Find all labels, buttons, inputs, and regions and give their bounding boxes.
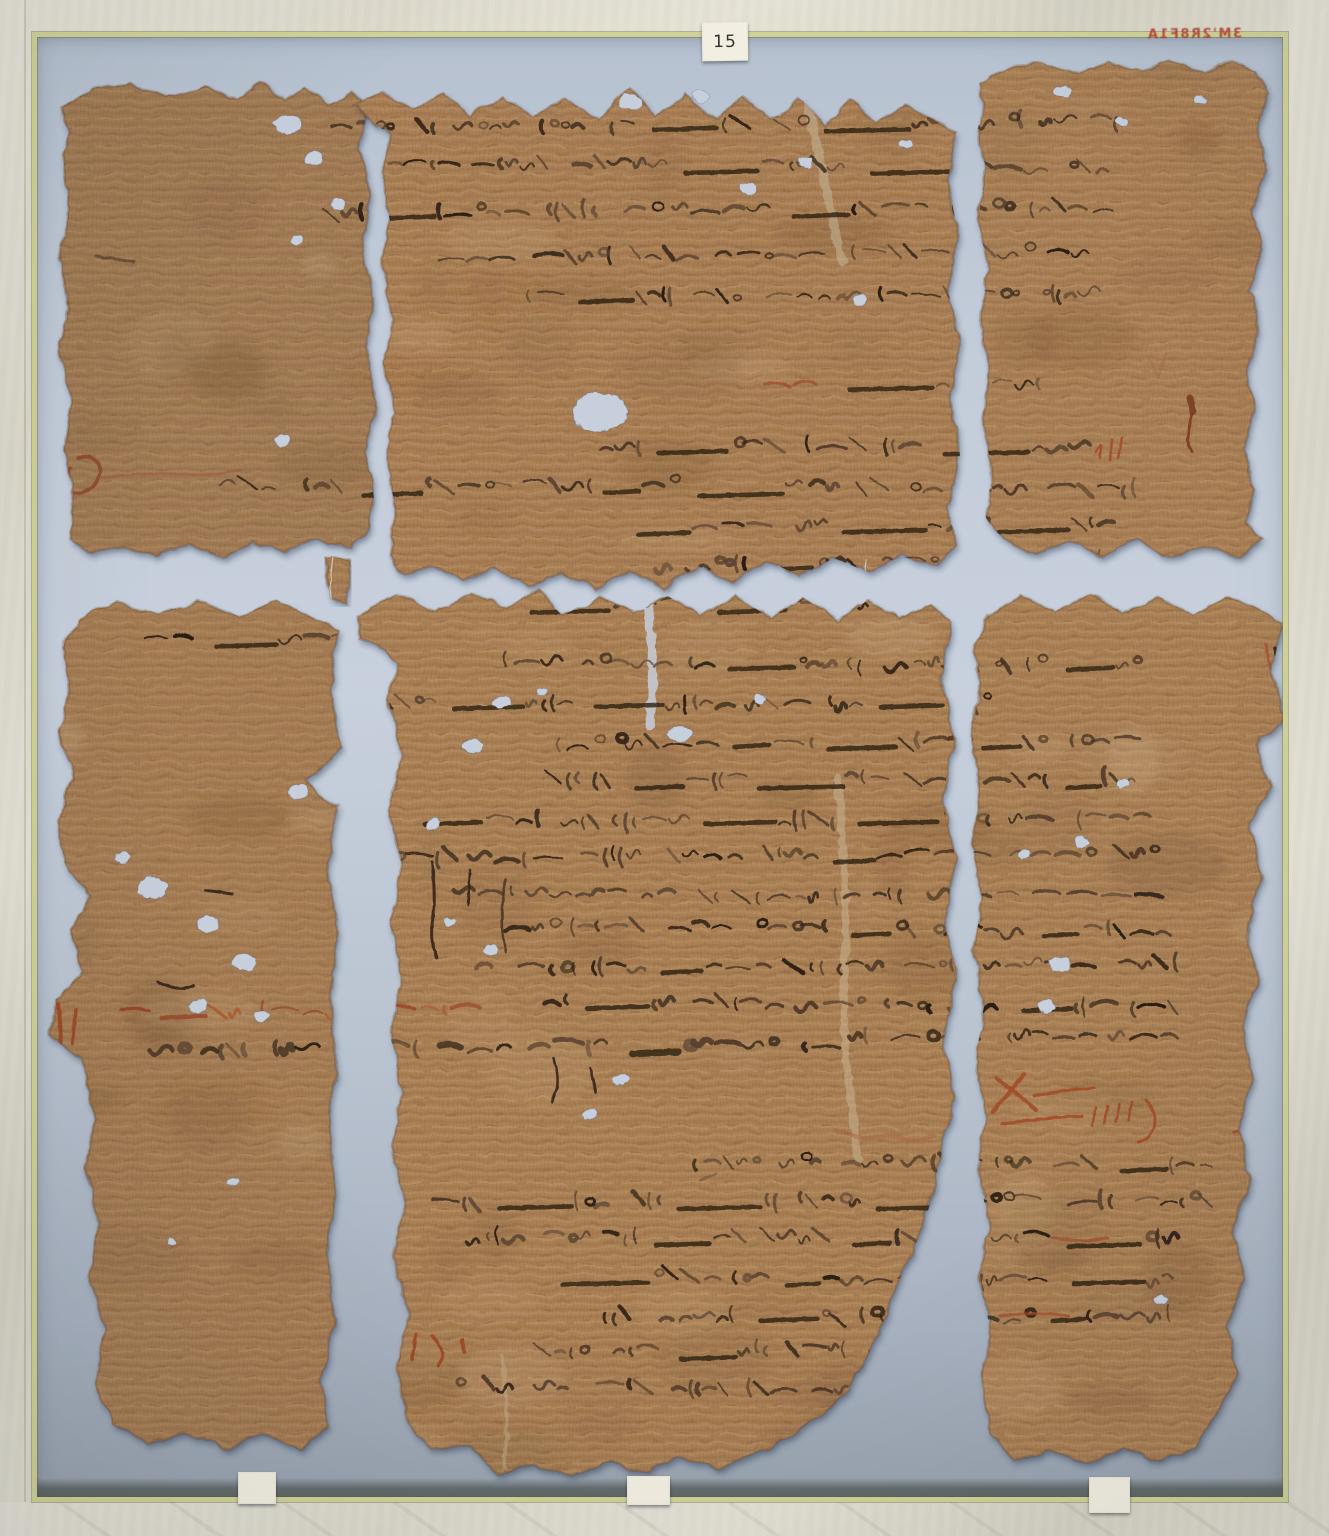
frame-top (0, 0, 1329, 32)
fragment-bottom-right (972, 594, 1284, 1464)
fragment-chip (326, 556, 350, 604)
framed-papyrus-photo: 15 3M'2R8F1A (0, 0, 1329, 1536)
mounting-tab (627, 1476, 670, 1505)
mounting-tab (1089, 1477, 1130, 1513)
mounting-tab (238, 1472, 276, 1504)
plate-number-tab: 15 (702, 22, 749, 62)
frame-left (0, 0, 32, 1536)
plate-number-label: 15 (713, 31, 737, 51)
frame-right (1288, 0, 1329, 1536)
red-accession-stamp-mirrored: 3M'2R8F1A (1136, 26, 1242, 47)
papyrus-artwork (0, 0, 1329, 1536)
